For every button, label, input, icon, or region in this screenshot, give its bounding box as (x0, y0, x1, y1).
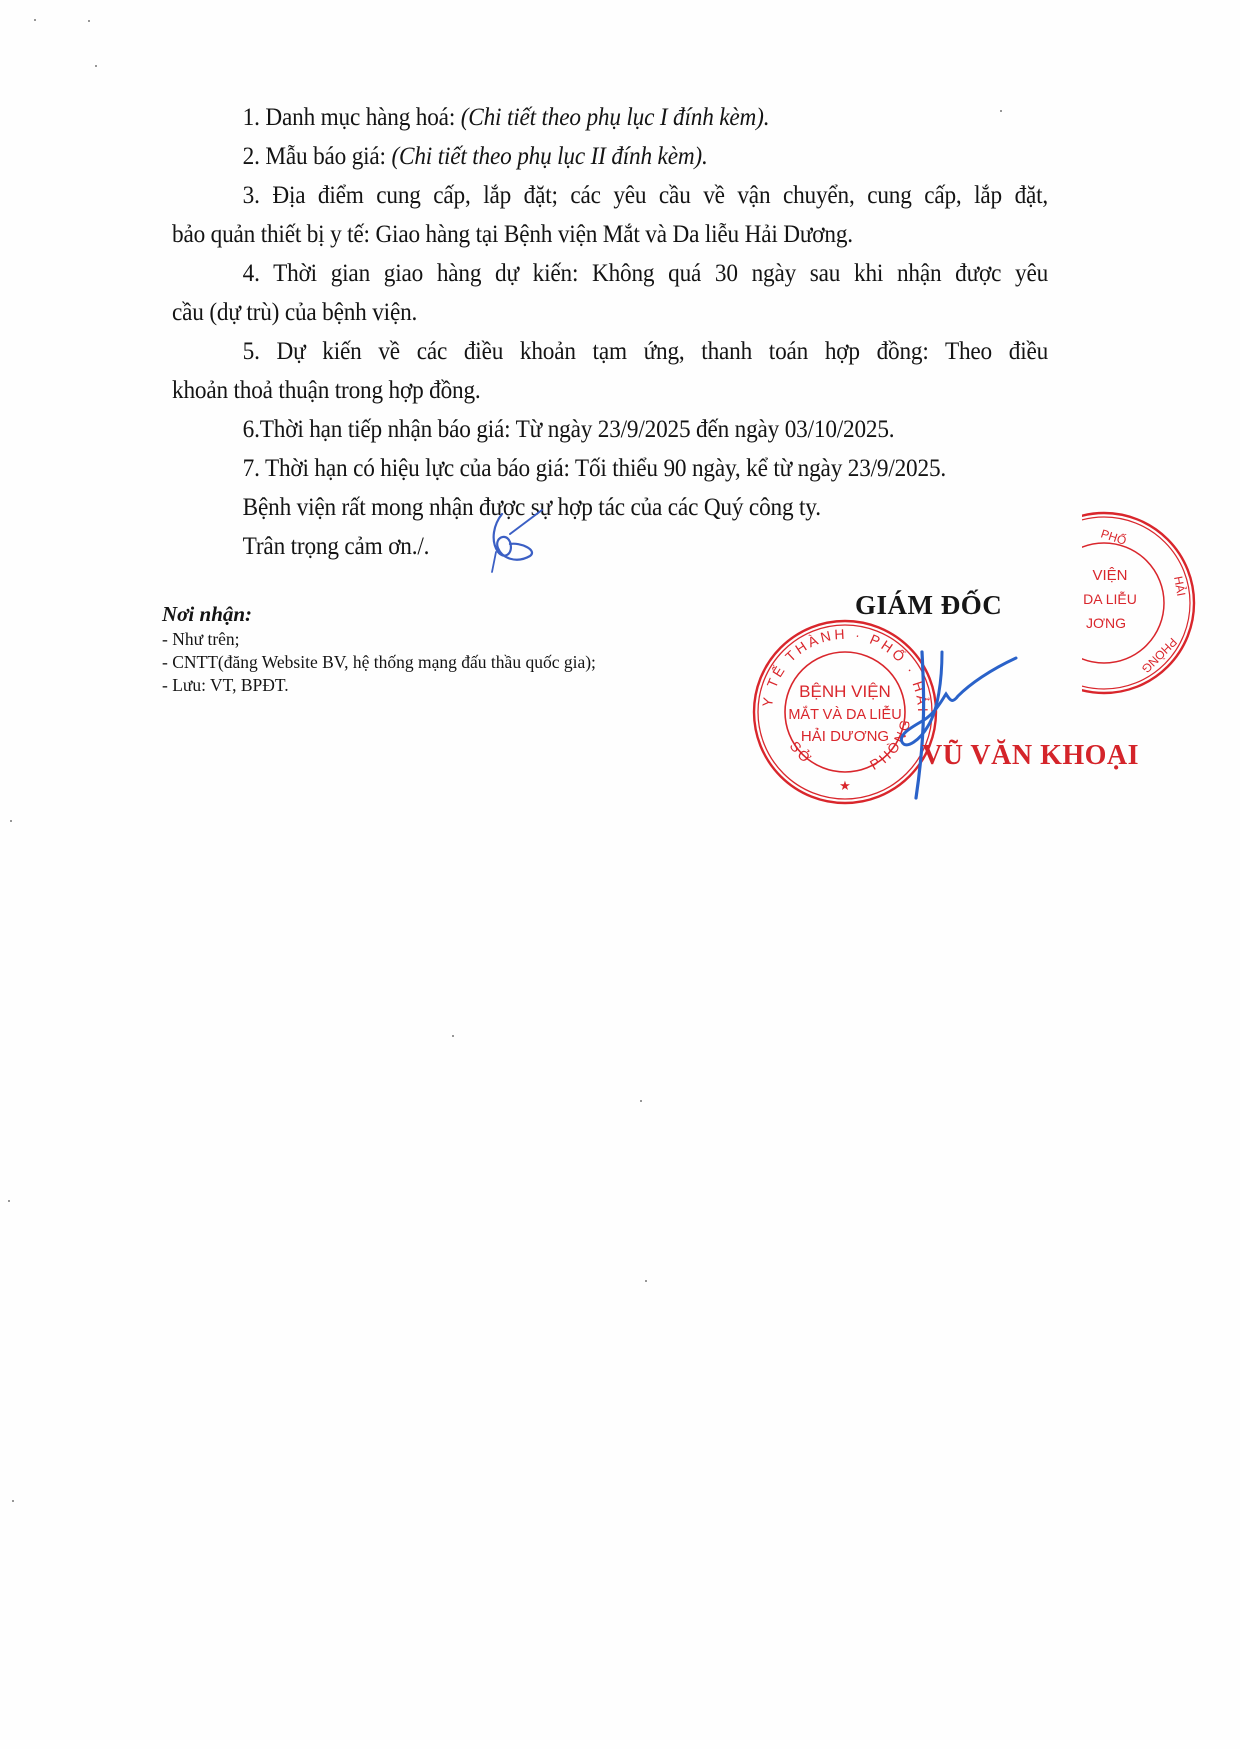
scan-speck (95, 65, 97, 67)
item-number: 4. (243, 260, 260, 287)
item-number: 6. (243, 416, 260, 443)
item-text: Thời hạn tiếp nhận báo giá: Từ ngày 23/9… (260, 416, 895, 443)
item-7: 7. Thời hạn có hiệu lực của báo giá: Tối… (172, 449, 1048, 488)
item-text: Dự kiến về các điều khoản tạm ứng, thanh… (277, 338, 1049, 365)
item-5-line-1: 5. Dự kiến về các điều khoản tạm ứng, th… (172, 332, 1048, 371)
item-text: Thời gian giao hàng dự kiến: Không quá 3… (273, 260, 1048, 287)
seal-outer-text: Y TẾ THÀNH · PHỐ · HẢI (759, 626, 931, 715)
recipient-item: - Lưu: VT, BPĐT. (162, 674, 596, 697)
seal-line-2: MẮT VÀ DA LIỄU (788, 705, 901, 723)
recipient-item: - CNTT(đăng Website BV, hệ thống mạng đấ… (162, 651, 596, 674)
item-number: 3. (243, 182, 260, 209)
item-note: (Chi tiết theo phụ lục II đính kèm). (391, 143, 707, 170)
scan-speck (10, 820, 12, 822)
thanks-line: Trân trọng cảm ơn./. (172, 527, 1048, 566)
recipients-list: - Như trên; - CNTT(đăng Website BV, hệ t… (162, 628, 596, 697)
item-6: 6.Thời hạn tiếp nhận báo giá: Từ ngày 23… (172, 410, 1048, 449)
scan-speck (640, 1100, 642, 1102)
signer-name: VŨ VĂN KHOẠI (922, 740, 1139, 772)
item-text: Thời hạn có hiệu lực của báo giá: Tối th… (265, 455, 946, 482)
partial-seal-line-2: DA LIỄU (1083, 591, 1137, 607)
item-label: Danh mục hàng hoá: (265, 104, 455, 131)
scan-speck (88, 20, 90, 22)
official-seal: Y TẾ THÀNH · PHỐ · HẢI SỞ PHÒNG ★ BỆNH V… (750, 617, 940, 807)
recipient-item: - Như trên; (162, 628, 596, 651)
seal-line-1: BỆNH VIỆN (799, 682, 891, 701)
item-1: 1. Danh mục hàng hoá: (Chi tiết theo phụ… (172, 98, 1048, 137)
partial-seal-line-3: JƠNG (1086, 615, 1126, 631)
svg-text:Y TẾ THÀNH · PHỐ · HẢI: Y TẾ THÀNH · PHỐ · HẢI (759, 626, 931, 715)
item-3-line-2: bảo quản thiết bị y tế: Giao hàng tại Bệ… (172, 215, 1048, 254)
item-number: 1. (243, 104, 260, 131)
item-number: 5. (243, 338, 260, 365)
scan-speck (12, 1500, 14, 1502)
document-body: 1. Danh mục hàng hoá: (Chi tiết theo phụ… (172, 98, 1048, 566)
item-5-line-2: khoản thoả thuận trong hợp đồng. (172, 371, 1048, 410)
scan-speck (34, 19, 36, 21)
recipients-block: Nơi nhận: - Như trên; - CNTT(đăng Websit… (162, 600, 596, 697)
item-note: (Chi tiết theo phụ lục I đính kèm). (461, 104, 770, 131)
item-number: 2. (243, 143, 260, 170)
svg-text:PHỐ: PHỐ (1099, 526, 1128, 548)
document-page: 1. Danh mục hàng hoá: (Chi tiết theo phụ… (0, 0, 1240, 1749)
scan-speck (645, 1280, 647, 1282)
scan-speck (8, 1200, 10, 1202)
seal-line-3: HẢI DƯƠNG (801, 728, 889, 745)
item-number: 7. (243, 455, 260, 482)
recipients-title: Nơi nhận: (162, 600, 596, 628)
partial-seal-line-1: VIỆN (1092, 567, 1127, 584)
item-2: 2. Mẫu báo giá: (Chi tiết theo phụ lục I… (172, 137, 1048, 176)
svg-text:PHÒNG: PHÒNG (1139, 635, 1181, 677)
item-label: Mẫu báo giá: (265, 143, 385, 170)
item-3-line-1: 3. Địa điểm cung cấp, lắp đặt; các yêu c… (172, 176, 1048, 215)
item-4-line-1: 4. Thời gian giao hàng dự kiến: Không qu… (172, 254, 1048, 293)
item-text: Địa điểm cung cấp, lắp đặt; các yêu cầu … (272, 182, 1048, 209)
scan-speck (452, 1035, 454, 1037)
seal-star: ★ (839, 778, 851, 793)
partial-seal: PHỐ HẢI PHÒNG VIỆN DA LIỄU JƠNG (1082, 505, 1240, 705)
item-4-line-2: cầu (dự trù) của bệnh viện. (172, 293, 1048, 332)
closing-line: Bệnh viện rất mong nhận được sự hợp tác … (172, 488, 1048, 527)
